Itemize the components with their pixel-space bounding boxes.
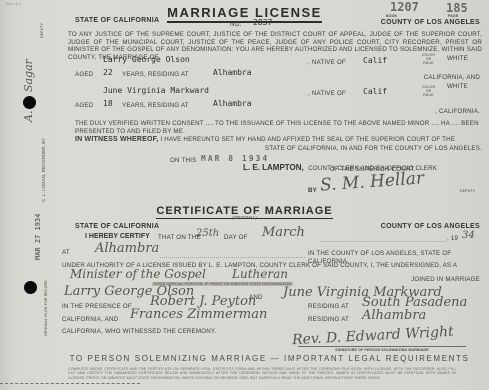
groom-years-label: YEARS, RESIDING AT — [122, 71, 189, 79]
groom-age-value: 22 — [103, 68, 113, 77]
california-and-label: CALIFORNIA, AND — [62, 316, 118, 324]
footer-heading: TO PERSON SOLEMNIZING MARRIAGE — IMPORTA… — [60, 354, 479, 363]
signature-caption: SIGNATURE OF PERSON SOLEMNIZING MARRIAGE — [298, 346, 466, 352]
denomination-value: Lutheran — [232, 267, 288, 281]
certificate-subtitle: (ORIGINAL) — [60, 215, 429, 220]
solemnizer-signature: Rev. D. Edward Wright — [292, 324, 454, 348]
page-label: PAGE — [448, 14, 458, 18]
deputy-label: DEPUTY — [460, 189, 475, 193]
scanned-marriage-license-document: Rec 10 4 DEPUTY A. C. Sagar C. L. LOGAN,… — [0, 0, 489, 390]
license-no-label: NO. — [230, 21, 242, 29]
footer-fine-print: COMPLETE ABOVE CERTIFICATE AND THE CERTI… — [68, 367, 456, 380]
bride-name: June Virginia Markward — [103, 86, 209, 95]
book-label: BOOK — [386, 14, 397, 18]
corner-note: Rec 10 4 — [6, 2, 21, 6]
bride-native-value: Calif — [363, 87, 387, 96]
groom-native-label: , NATIVE OF — [308, 59, 346, 67]
bride-native-label: , NATIVE OF — [308, 90, 346, 98]
bride-aged-label: AGED — [75, 102, 93, 110]
groom-native-value: Calif — [363, 56, 387, 65]
day-of-label: DAY OF — [224, 234, 248, 242]
groom-race-value: WHITE — [447, 55, 468, 63]
filed-for-record-label: ORIGINAL FILED FOR RECORD — [44, 262, 48, 336]
by-label: BY — [308, 187, 317, 195]
month-value: March — [262, 225, 305, 240]
witness-whereof-line2: STATE OF CALIFORNIA, IN AND FOR THE COUN… — [75, 145, 482, 153]
groom-residence-value: Alhambra — [213, 68, 252, 77]
presence-label: IN THE PRESENCE OF — [62, 303, 132, 311]
certify-rest: THAT ON THE — [158, 234, 201, 242]
groom-aged-label: AGED — [75, 71, 93, 79]
license-title: MARRIAGE LICENSE — [167, 5, 322, 23]
license-county-heading: COUNTY OF LOS ANGELES — [381, 19, 480, 26]
hole-punch-top — [23, 96, 36, 109]
residing-label-2: RESIDING AT — [308, 316, 349, 324]
certify-bold: I HEREBY CERTIFY — [85, 233, 150, 240]
bride-age-value: 18 — [103, 99, 113, 108]
at-label: AT — [62, 249, 70, 257]
year-printed: , 19 — [447, 235, 458, 243]
perforation-line — [0, 383, 140, 384]
book-number-stamp: 1207 — [390, 0, 419, 14]
year-written: 34 — [462, 230, 475, 241]
filed-date-stamp: MAR 27 1934 — [34, 198, 42, 260]
place-rule — [160, 256, 305, 258]
witness2-residence: Alhambra — [362, 308, 426, 323]
hole-punch-bottom — [24, 281, 37, 294]
witness2-name: Frances Zimmerman — [130, 307, 267, 322]
joined-label: JOINED IN MARRIAGE — [411, 276, 480, 284]
margin-deputy-label: DEPUTY — [40, 12, 44, 38]
witness-whereof-prefix: IN WITNESS WHEREOF, — [75, 136, 159, 143]
witnessed-text: CALIFORNIA, WHO WITNESSED THE CEREMONY. — [62, 328, 216, 336]
day-value: 25th — [196, 228, 219, 239]
date-rule — [320, 240, 445, 242]
groom-color-race-label: COLOR OR RACE — [420, 53, 437, 65]
witness-whereof-line1: IN WITNESS WHEREOF, I HAVE HEREUNTO SET … — [75, 136, 482, 144]
groom-name: Larry George Olson — [103, 55, 190, 64]
groom-state-suffix: CALIFORNIA, AND — [424, 74, 480, 82]
bride-years-label: YEARS, RESIDING AT — [122, 102, 189, 110]
page-number-stamp: 185 — [446, 1, 468, 15]
clerk-name: L. E. LAMPTON, — [243, 163, 304, 172]
certificate-state-heading: STATE OF CALIFORNIA — [75, 223, 159, 230]
consent-text: THE DULY VERIFIED WRITTEN CONSENT .... T… — [75, 120, 482, 135]
on-this-label: ON THIS — [170, 157, 196, 165]
bride-state-suffix: , CALIFORNIA. — [435, 108, 480, 116]
license-no-value: 2837 — [253, 18, 272, 27]
license-state-heading: STATE OF CALIFORNIA — [75, 17, 159, 24]
certificate-county-heading: COUNTY OF LOS ANGELES — [381, 223, 480, 230]
place-value: Alhambra — [95, 241, 159, 256]
bride-race-value: WHITE — [447, 83, 468, 91]
bride-residence-value: Alhambra — [213, 99, 252, 108]
recorder-line: C. L. LOGAN, RECORDER, BY — [42, 112, 46, 202]
official-position-value: Minister of the Gospel — [70, 267, 206, 281]
bride-color-race-label: COLOR OR RACE — [420, 85, 437, 97]
residing-label-1: RESIDING AT — [308, 303, 349, 311]
